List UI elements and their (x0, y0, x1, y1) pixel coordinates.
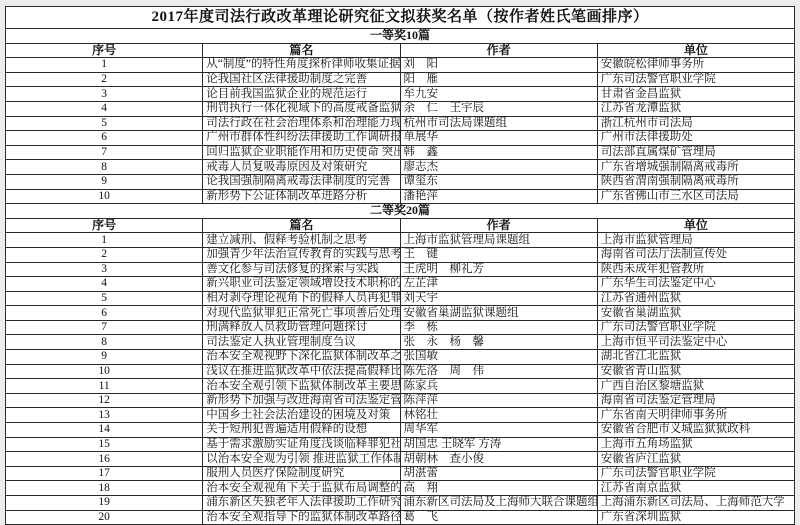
author-cell: 左芷津 (400, 277, 597, 292)
section-row: 二等奖20篇 (6, 204, 795, 219)
unit-cell: 江苏省通州监狱 (597, 291, 794, 306)
author-cell: 安徽省巢湖监狱课题组 (400, 306, 597, 321)
paper-title-cell: 回归监狱企业职能作用和历史使命 突出监狱劳动改造属性和法治内涵 (203, 145, 400, 160)
paper-title-cell: 建立减刑、假释考验机制之思考 (203, 233, 400, 248)
paper-title-cell: 论我国社区法律援助制度之完善 (203, 72, 400, 87)
author-cell: 胡国忠 王晓军 方涛 (400, 437, 597, 452)
unit-cell: 广西自治区黎塘监狱 (597, 379, 794, 394)
unit-cell: 安徽省青山监狱 (597, 364, 794, 379)
paper-title-cell: 新形势下公证体制改革进路分析 (203, 189, 400, 204)
author-cell: 刘 阳 (400, 58, 597, 73)
table-row: 4 刑罚执行一体化视域下的高度戒备监狱制度建设初探 余 仁 王宇辰 江苏省龙潭监… (6, 101, 795, 116)
author-cell: 周华军 (400, 423, 597, 438)
paper-title-cell: 从“制度”的特性角度探析律师收集证据制度的完善 (203, 58, 400, 73)
paper-title-cell: 论目前我国监狱企业的规范运行 (203, 87, 400, 102)
paper-title-cell: 关于短刑犯普遍适用假释的设想 (203, 423, 400, 438)
author-cell: 张 永 杨 馨 (400, 335, 597, 350)
column-header-unit: 单位 (597, 218, 794, 233)
author-cell: 陈先洛 周 伟 (400, 364, 597, 379)
unit-cell: 甘肃省金昌监狱 (597, 87, 794, 102)
paper-title-cell: 对现代监狱罪犯正常死亡事项善后处理实践路径的研究 (203, 306, 400, 321)
paper-title-cell: 司法鉴定人执业管理制度刍议 (203, 335, 400, 350)
table-row: 1 建立减刑、假释考验机制之思考 上海市监狱管理局课题组 上海市监狱管理局 (6, 233, 795, 248)
unit-cell: 浙江杭州市司法局 (597, 116, 794, 131)
row-number-cell: 9 (6, 174, 203, 189)
row-number-cell: 6 (6, 131, 203, 146)
author-cell: 韩 鑫 (400, 145, 597, 160)
paper-title-cell: 浦东新区失独老年人法律援助工作研究 (203, 496, 400, 511)
author-cell: 张国敏 (400, 350, 597, 365)
row-number-cell: 3 (6, 87, 203, 102)
author-cell: 牟九安 (400, 87, 597, 102)
unit-cell: 海南省司法厅法制宣传处 (597, 247, 794, 262)
paper-title-cell: 刑满释放人员救助管理问题探讨 (203, 320, 400, 335)
table-row: 10 新形势下公证体制改革进路分析 潘艳萍 广东省佛山市三水区司法局 (6, 189, 795, 204)
unit-cell: 广东省南天明律师事务所 (597, 408, 794, 423)
column-header-row: 序号 篇名 作者 单位 (6, 218, 795, 233)
table-row: 11 治本安全观引领下监狱体制改革主要思路 陈家兵 广西自治区黎塘监狱 (6, 379, 795, 394)
author-cell: 林铭壮 (400, 408, 597, 423)
author-cell: 胡朝林 查小俊 (400, 452, 597, 467)
table-row: 12 新形势下加强与改进海南省司法鉴定管理工作的调研报告 陈萍萍 海南省司法鉴定… (6, 393, 795, 408)
unit-cell: 上海市监狱管理局 (597, 233, 794, 248)
unit-cell: 广东司法警官职业学院 (597, 466, 794, 481)
author-cell: 刘天宇 (400, 291, 597, 306)
author-cell: 浦东新区司法局及上海师大联合课题组 (400, 496, 597, 511)
paper-title-cell: 基于需求激励实证角度浅谈临释罪犯社会帮扶制度构建 (203, 437, 400, 452)
table-row: 15 基于需求激励实证角度浅谈临释罪犯社会帮扶制度构建 胡国忠 王晓军 方涛 上… (6, 437, 795, 452)
unit-cell: 广东司法警官职业学院 (597, 72, 794, 87)
paper-title-cell: 新兴职业司法鉴定领域增设技术职称的意见与建议 (203, 277, 400, 292)
column-header-unit: 单位 (597, 43, 794, 58)
row-number-cell: 18 (6, 481, 203, 496)
unit-cell: 广东省佛山市三水区司法局 (597, 189, 794, 204)
author-cell: 王虎明 柳礼芳 (400, 262, 597, 277)
unit-cell: 海南省司法鉴定管理局 (597, 393, 794, 408)
column-header-title: 篇名 (203, 43, 400, 58)
column-header-author: 作者 (400, 218, 597, 233)
author-cell: 王 键 (400, 247, 597, 262)
unit-cell: 安徽省合肥市义城监狱狱政科 (597, 423, 794, 438)
unit-cell: 广东华生司法鉴定中心 (597, 277, 794, 292)
author-cell: 上海市监狱管理局课题组 (400, 233, 597, 248)
row-number-cell: 5 (6, 116, 203, 131)
row-number-cell: 7 (6, 320, 203, 335)
section-row: 一等奖10篇 (6, 29, 795, 44)
paper-title-cell: 中国乡土社会法治建设的困境及对策 (203, 408, 400, 423)
table-row: 3 论目前我国监狱企业的规范运行 牟九安 甘肃省金昌监狱 (6, 87, 795, 102)
paper-title-cell: 刑罚执行一体化视域下的高度戒备监狱制度建设初探 (203, 101, 400, 116)
column-header-no: 序号 (6, 43, 203, 58)
author-cell: 葛 飞 (400, 510, 597, 525)
author-cell: 陈萍萍 (400, 393, 597, 408)
author-cell: 潘艳萍 (400, 189, 597, 204)
paper-title-cell: 相对剥夺理论视角下的假释人员再犯罪及其预防 (203, 291, 400, 306)
unit-cell: 上海浦东新区司法局、上海师范大学 (597, 496, 794, 511)
row-number-cell: 17 (6, 466, 203, 481)
row-number-cell: 10 (6, 364, 203, 379)
table-row: 16 以治本安全观为引领 推进监狱工作体制改革 胡朝林 查小俊 安徽省庐江监狱 (6, 452, 795, 467)
paper-title-cell: 治本安全观视野下深化监狱体制改革之探讨 (203, 350, 400, 365)
author-cell: 胡湛蕾 (400, 466, 597, 481)
author-cell: 李 栋 (400, 320, 597, 335)
paper-title-cell: 广州市群体性纠纷法律援助工作调研报告 (203, 131, 400, 146)
table-row: 8 司法鉴定人执业管理制度刍议 张 永 杨 馨 上海市恒平司法鉴定中心 (6, 335, 795, 350)
row-number-cell: 19 (6, 496, 203, 511)
unit-cell: 江苏省龙潭监狱 (597, 101, 794, 116)
row-number-cell: 4 (6, 277, 203, 292)
row-number-cell: 13 (6, 408, 203, 423)
author-cell: 高 翔 (400, 481, 597, 496)
row-number-cell: 20 (6, 510, 203, 525)
column-header-no: 序号 (6, 218, 203, 233)
table-row: 1 从“制度”的特性角度探析律师收集证据制度的完善 刘 阳 安徽皖松律师事务所 (6, 58, 795, 73)
table-row: 4 新兴职业司法鉴定领域增设技术职称的意见与建议 左芷津 广东华生司法鉴定中心 (6, 277, 795, 292)
row-number-cell: 12 (6, 393, 203, 408)
table-row: 20 治本安全观指导下的监狱体制改革路径探究 葛 飞 广东省深圳监狱 (6, 510, 795, 525)
unit-cell: 上海市恒平司法鉴定中心 (597, 335, 794, 350)
row-number-cell: 4 (6, 101, 203, 116)
column-header-row: 序号 篇名 作者 单位 (6, 43, 795, 58)
paper-title-cell: 新形势下加强与改进海南省司法鉴定管理工作的调研报告 (203, 393, 400, 408)
row-number-cell: 11 (6, 379, 203, 394)
row-number-cell: 6 (6, 306, 203, 321)
unit-cell: 司法部直属煤矿管理局 (597, 145, 794, 160)
page-title: 2017年度司法行政改革理论研究征文拟获奖名单（按作者姓氏笔画排序） (6, 7, 795, 29)
author-cell: 谭玺东 (400, 174, 597, 189)
paper-title-cell: 司法行政在社会治理体系和治理能力现代化中的职能定位及作用发挥 (203, 116, 400, 131)
table-row: 18 治本安全观视角下关于监狱布局调整的思考 高 翔 江苏省南京监狱 (6, 481, 795, 496)
table-body: 2017年度司法行政改革理论研究征文拟获奖名单（按作者姓氏笔画排序） 一等奖10… (6, 7, 795, 525)
paper-title-cell: 治本安全观指导下的监狱体制改革路径探究 (203, 510, 400, 525)
table-row: 6 对现代监狱罪犯正常死亡事项善后处理实践路径的研究 安徽省巢湖监狱课题组 安徽… (6, 306, 795, 321)
paper-title-cell: 以治本安全观为引领 推进监狱工作体制改革 (203, 452, 400, 467)
paper-title-cell: 戒毒人员复吸毒原因及对策研究 (203, 160, 400, 175)
row-number-cell: 3 (6, 262, 203, 277)
row-number-cell: 1 (6, 233, 203, 248)
row-number-cell: 2 (6, 247, 203, 262)
table-row: 3 善文化参与司法修复的探索与实践 王虎明 柳礼芳 陕西未成年犯管教所 (6, 262, 795, 277)
table-row: 6 广州市群体性纠纷法律援助工作调研报告 单展华 广州市法律援助处 (6, 131, 795, 146)
unit-cell: 广东司法警官职业学院 (597, 320, 794, 335)
awards-table: 2017年度司法行政改革理论研究征文拟获奖名单（按作者姓氏笔画排序） 一等奖10… (5, 6, 795, 525)
table-row: 2 论我国社区法律援助制度之完善 阳 雁 广东司法警官职业学院 (6, 72, 795, 87)
author-cell: 廖志杰 (400, 160, 597, 175)
row-number-cell: 8 (6, 335, 203, 350)
table-row: 10 浅议在推进监狱改革中依法提高假释比例 陈先洛 周 伟 安徽省青山监狱 (6, 364, 795, 379)
author-cell: 单展华 (400, 131, 597, 146)
section-label: 一等奖10篇 (6, 29, 795, 44)
table-row: 5 相对剥夺理论视角下的假释人员再犯罪及其预防 刘天宇 江苏省通州监狱 (6, 291, 795, 306)
row-number-cell: 7 (6, 145, 203, 160)
paper-title-cell: 加强青少年法治宣传教育的实践与思考 (203, 247, 400, 262)
author-cell: 陈家兵 (400, 379, 597, 394)
unit-cell: 广州市法律援助处 (597, 131, 794, 146)
row-number-cell: 9 (6, 350, 203, 365)
table-row: 17 服刑人员医疗保险制度研究 胡湛蕾 广东司法警官职业学院 (6, 466, 795, 481)
column-header-title: 篇名 (203, 218, 400, 233)
author-cell: 余 仁 王宇辰 (400, 101, 597, 116)
table-row: 5 司法行政在社会治理体系和治理能力现代化中的职能定位及作用发挥 杭州市司法局课… (6, 116, 795, 131)
unit-cell: 上海市五角场监狱 (597, 437, 794, 452)
table-row: 7 回归监狱企业职能作用和历史使命 突出监狱劳动改造属性和法治内涵 韩 鑫 司法… (6, 145, 795, 160)
row-number-cell: 10 (6, 189, 203, 204)
table-row: 7 刑满释放人员救助管理问题探讨 李 栋 广东司法警官职业学院 (6, 320, 795, 335)
table-row: 9 治本安全观视野下深化监狱体制改革之探讨 张国敏 湖北省江北监狱 (6, 350, 795, 365)
paper-title-cell: 治本安全观引领下监狱体制改革主要思路 (203, 379, 400, 394)
row-number-cell: 14 (6, 423, 203, 438)
row-number-cell: 16 (6, 452, 203, 467)
row-number-cell: 2 (6, 72, 203, 87)
title-row: 2017年度司法行政改革理论研究征文拟获奖名单（按作者姓氏笔画排序） (6, 7, 795, 29)
table-row: 9 论我国强制隔离戒毒法律制度的完善 谭玺东 陕西省渭南强制隔离戒毒所 (6, 174, 795, 189)
unit-cell: 广东省深圳监狱 (597, 510, 794, 525)
paper-title-cell: 浅议在推进监狱改革中依法提高假释比例 (203, 364, 400, 379)
paper-title-cell: 论我国强制隔离戒毒法律制度的完善 (203, 174, 400, 189)
section-label: 二等奖20篇 (6, 204, 795, 219)
row-number-cell: 5 (6, 291, 203, 306)
row-number-cell: 1 (6, 58, 203, 73)
table-row: 14 关于短刑犯普遍适用假释的设想 周华军 安徽省合肥市义城监狱狱政科 (6, 423, 795, 438)
unit-cell: 安徽省巢湖监狱 (597, 306, 794, 321)
document-page: 2017年度司法行政改革理论研究征文拟获奖名单（按作者姓氏笔画排序） 一等奖10… (0, 0, 800, 525)
row-number-cell: 15 (6, 437, 203, 452)
author-cell: 阳 雁 (400, 72, 597, 87)
paper-title-cell: 善文化参与司法修复的探索与实践 (203, 262, 400, 277)
unit-cell: 陕西未成年犯管教所 (597, 262, 794, 277)
table-row: 2 加强青少年法治宣传教育的实践与思考 王 键 海南省司法厅法制宣传处 (6, 247, 795, 262)
unit-cell: 安徽皖松律师事务所 (597, 58, 794, 73)
unit-cell: 江苏省南京监狱 (597, 481, 794, 496)
unit-cell: 陕西省渭南强制隔离戒毒所 (597, 174, 794, 189)
table-row: 19 浦东新区失独老年人法律援助工作研究 浦东新区司法局及上海师大联合课题组 上… (6, 496, 795, 511)
row-number-cell: 8 (6, 160, 203, 175)
table-row: 8 戒毒人员复吸毒原因及对策研究 廖志杰 广东省增城强制隔离戒毒所 (6, 160, 795, 175)
unit-cell: 湖北省江北监狱 (597, 350, 794, 365)
column-header-author: 作者 (400, 43, 597, 58)
unit-cell: 广东省增城强制隔离戒毒所 (597, 160, 794, 175)
paper-title-cell: 治本安全观视角下关于监狱布局调整的思考 (203, 481, 400, 496)
author-cell: 杭州市司法局课题组 (400, 116, 597, 131)
paper-title-cell: 服刑人员医疗保险制度研究 (203, 466, 400, 481)
table-row: 13 中国乡土社会法治建设的困境及对策 林铭壮 广东省南天明律师事务所 (6, 408, 795, 423)
unit-cell: 安徽省庐江监狱 (597, 452, 794, 467)
